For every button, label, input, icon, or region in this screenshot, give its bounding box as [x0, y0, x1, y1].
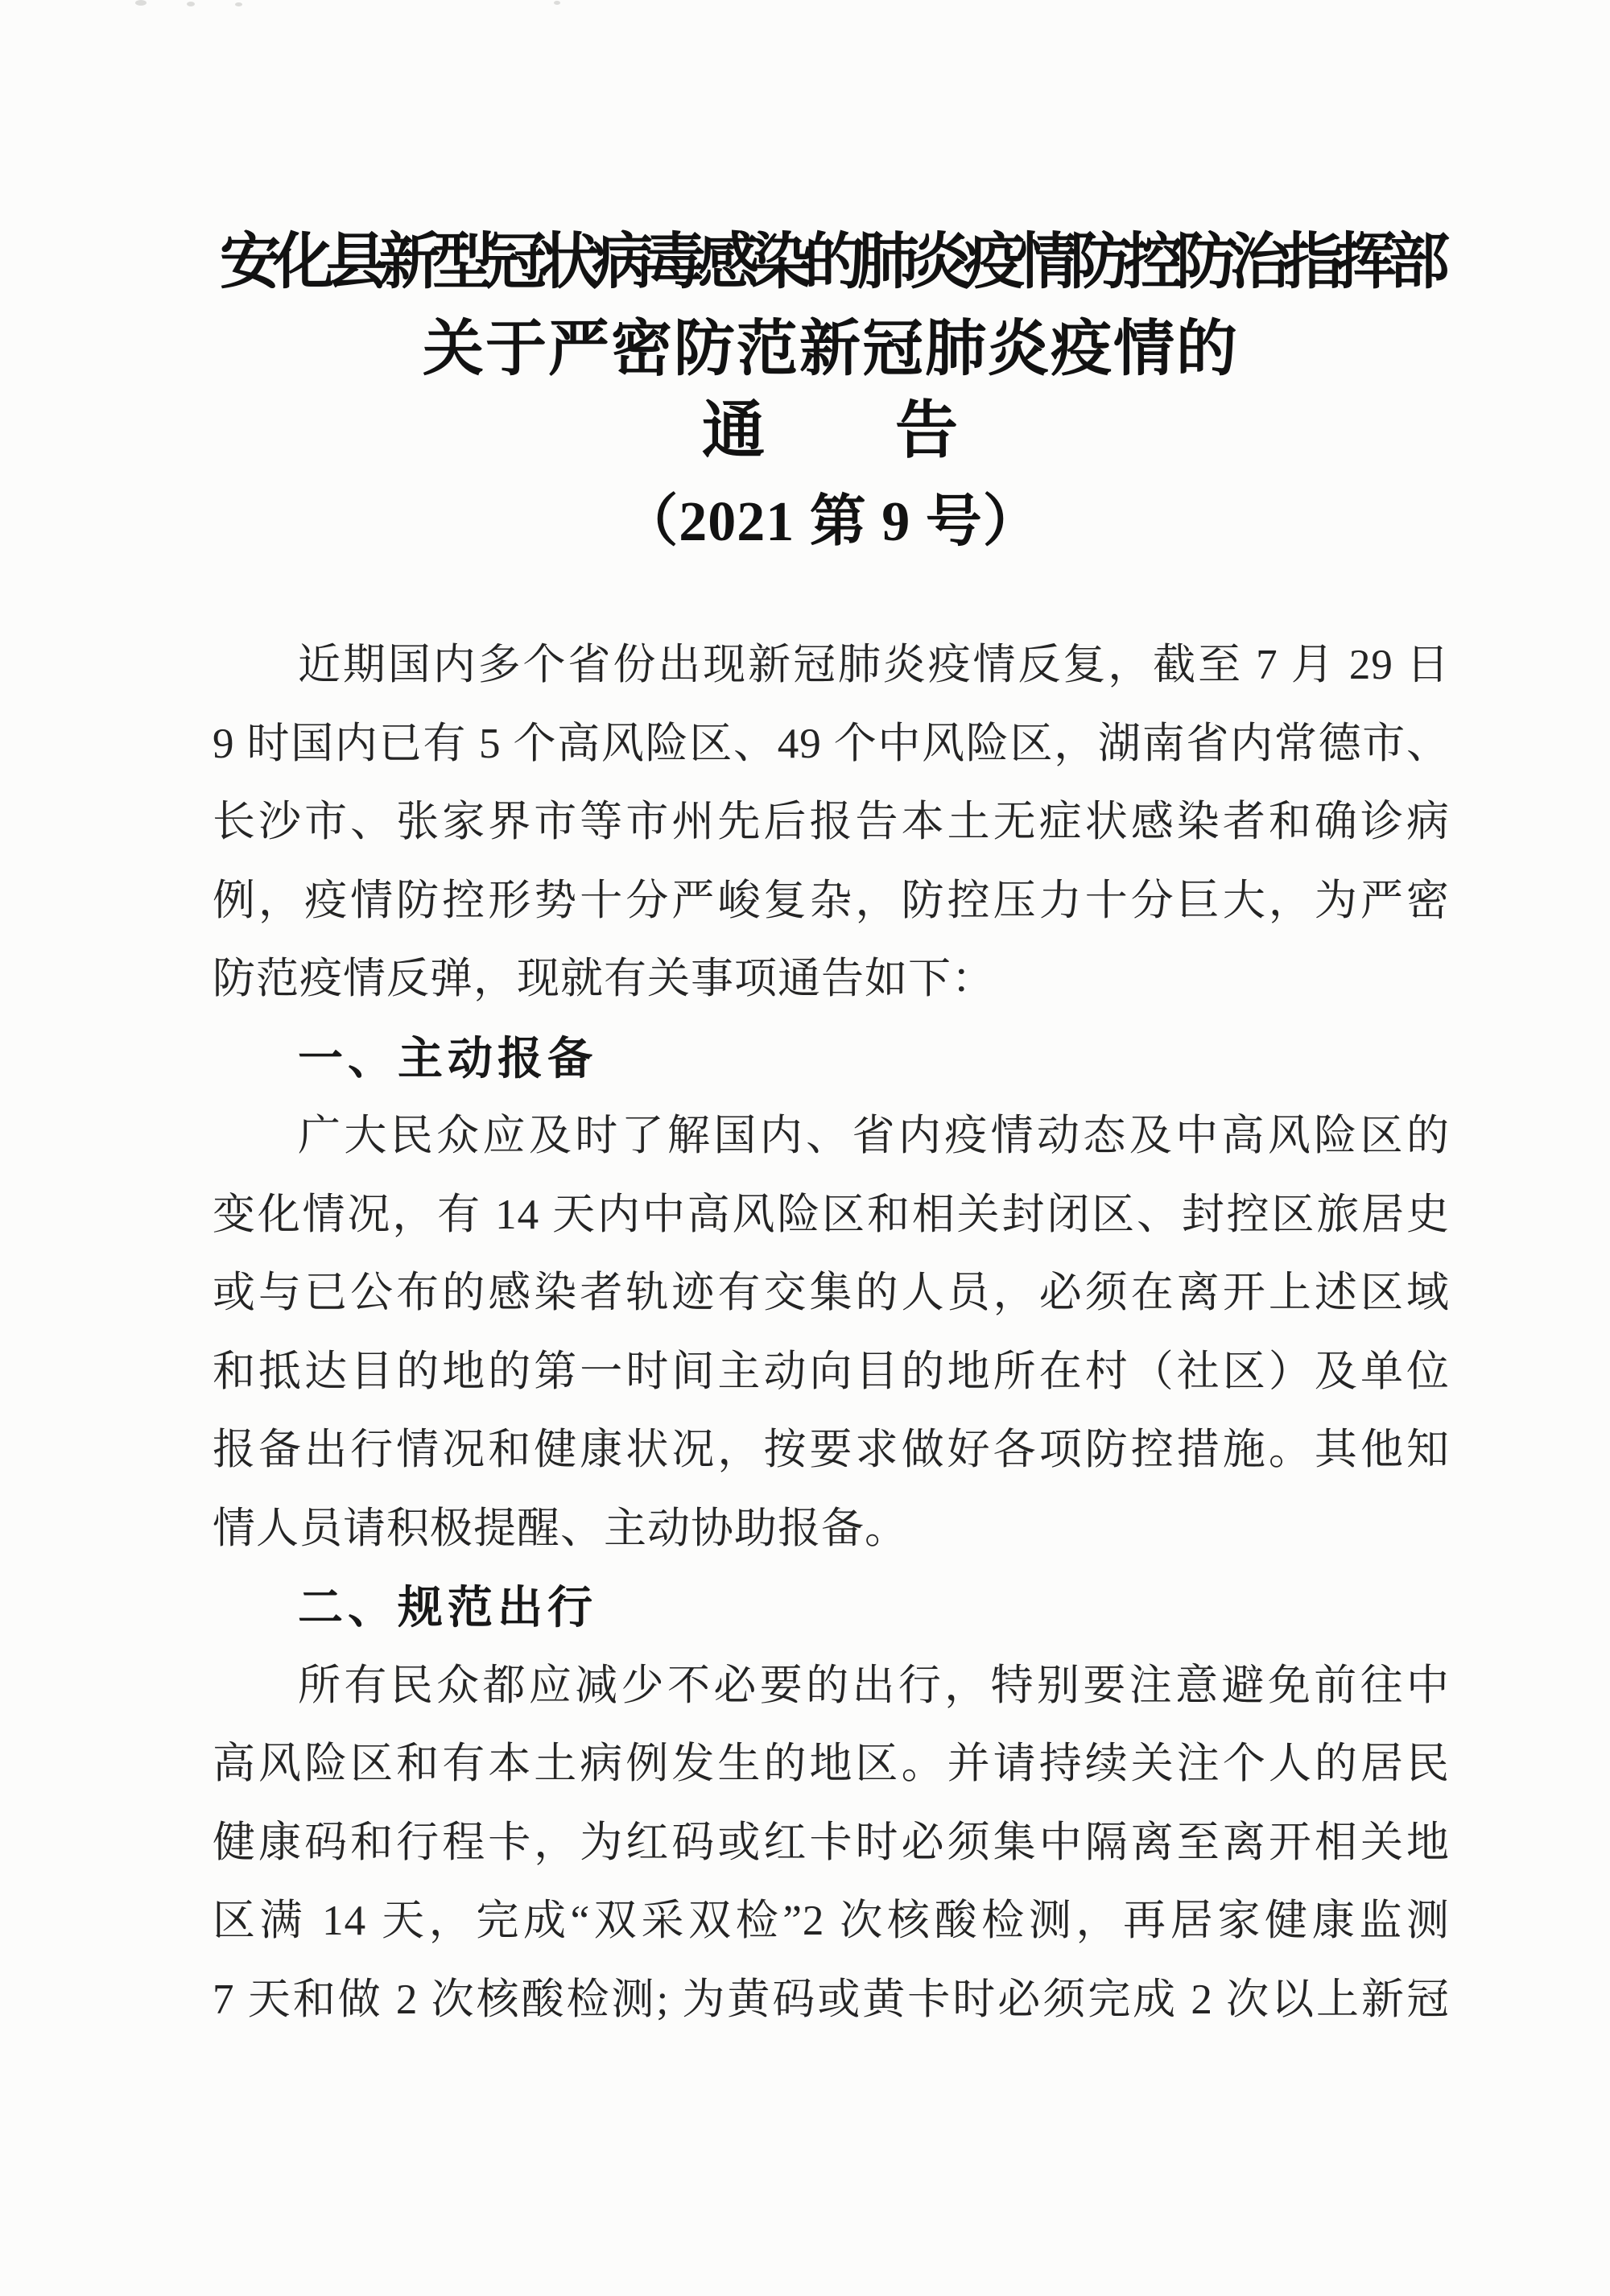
- document-type-notice: 通 告: [52, 399, 1610, 462]
- body-line: 近期国内多个省份出现新冠肺炎疫情反复，截至 7 月 29 日: [213, 626, 1450, 705]
- document-title-line-1: 安化县新型冠状病毒感染的肺炎疫情防控防治指挥部: [52, 232, 1610, 293]
- body-line: 长沙市、张家界市等市州先后报告本土无症状感染者和确诊病: [213, 783, 1450, 862]
- body-line: 高风险区和有本土病例发生的地区。并请持续关注个人的居民: [213, 1725, 1450, 1804]
- scan-artifact: [187, 2, 195, 6]
- document-body: 近期国内多个省份出现新冠肺炎疫情反复，截至 7 月 29 日9 时国内已有 5 …: [213, 626, 1450, 2039]
- section-heading: 一、主动报备: [213, 1019, 1450, 1098]
- body-line: 9 时国内已有 5 个高风险区、49 个中风险区，湖南省内常德市、: [213, 705, 1450, 784]
- document-number: （2021 第 9 号）: [52, 494, 1610, 551]
- body-line: 报备出行情况和健康状况，按要求做好各项防控措施。其他知: [213, 1411, 1450, 1490]
- scanned-notice-page: 安化县新型冠状病毒感染的肺炎疫情防控防治指挥部 关于严密防范新冠肺炎疫情的 通 …: [0, 0, 1610, 2296]
- document-title-line-2: 关于严密防范新冠肺炎疫情的: [52, 319, 1610, 380]
- body-line: 变化情况，有 14 天内中高风险区和相关封闭区、封控区旅居史: [213, 1176, 1450, 1255]
- body-line: 或与已公布的感染者轨迹有交集的人员，必须在离开上述区域: [213, 1254, 1450, 1333]
- body-line: 例，疫情防控形势十分严峻复杂，防控压力十分巨大，为严密: [213, 862, 1450, 941]
- body-line: 防范疫情反弹，现就有关事项通告如下：: [213, 940, 1450, 1019]
- body-line: 情人员请积极提醒、主动协助报备。: [213, 1490, 1450, 1569]
- scan-artifact: [135, 0, 147, 6]
- scan-artifact: [235, 2, 242, 6]
- body-line: 健康码和行程卡，为红码或红卡时必须集中隔离至离开相关地: [213, 1804, 1450, 1883]
- body-line: 区满 14 天，完成“双采双检”2 次核酸检测，再居家健康监测: [213, 1882, 1450, 1961]
- section-heading: 二、规范出行: [213, 1568, 1450, 1647]
- body-line: 所有民众都应减少不必要的出行，特别要注意避免前往中: [213, 1647, 1450, 1726]
- body-line: 7 天和做 2 次核酸检测; 为黄码或黄卡时必须完成 2 次以上新冠: [213, 1961, 1450, 2040]
- body-line: 广大民众应及时了解国内、省内疫情动态及中高风险区的: [213, 1097, 1450, 1176]
- scan-artifact: [554, 1, 560, 5]
- body-line: 和抵达目的地的第一时间主动向目的地所在村（社区）及单位: [213, 1333, 1450, 1412]
